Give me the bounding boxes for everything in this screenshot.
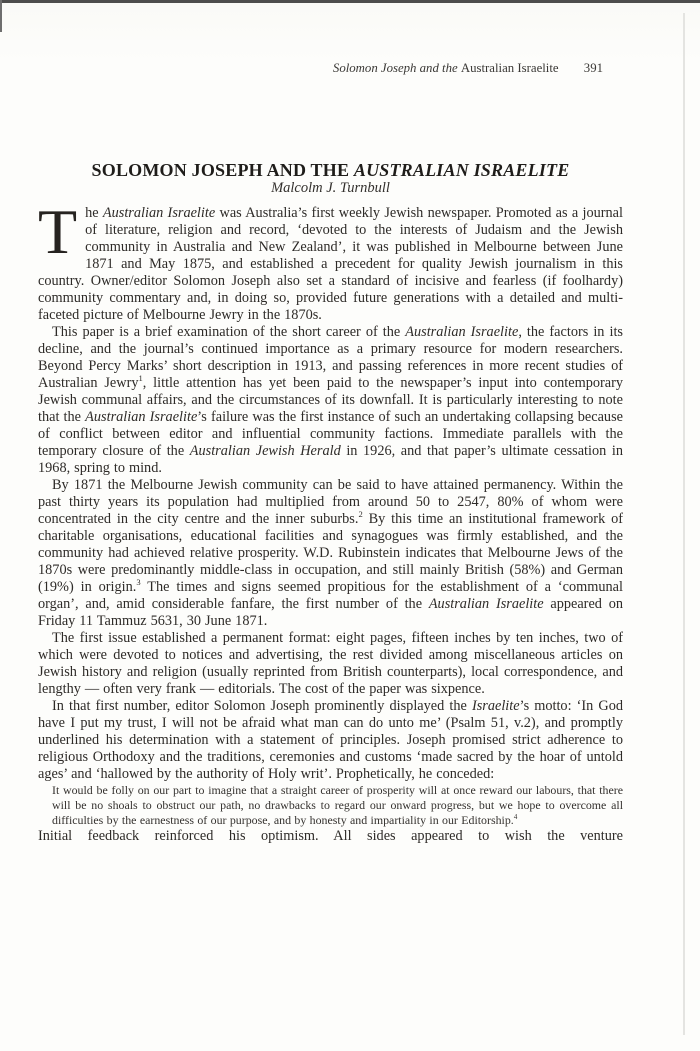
scan-corner-artifact (0, 0, 2, 32)
paragraph-5: In that first number, editor Solomon Jos… (38, 698, 623, 783)
article-title-roman: SOLOMON JOSEPH AND THE (92, 160, 354, 180)
paragraph-4: The first issue established a permanent … (38, 630, 623, 698)
running-head-roman: Australian Israelite (461, 61, 559, 75)
running-head: Solomon Joseph and the Australian Israel… (333, 61, 603, 76)
article-body: The Australian Israelite was Australia’s… (38, 205, 623, 845)
article-title-italic: AUSTRALIAN ISRAELITE (354, 160, 570, 180)
page-fold-shadow (683, 13, 685, 1035)
page-number: 391 (584, 61, 603, 75)
running-head-italic: Solomon Joseph and the (333, 61, 461, 75)
paragraph-3: By 1871 the Melbourne Jewish community c… (38, 477, 623, 630)
scan-top-edge (0, 0, 700, 3)
footnote-ref-4: 4 (514, 813, 518, 821)
article-author: Malcolm J. Turnbull (38, 180, 623, 197)
dropcap-letter: T (38, 207, 77, 257)
paragraph-6: It would be folly on our part to imagine… (38, 783, 623, 828)
scanned-page: { "colors": { "page_background": "#fdfdf… (0, 0, 700, 1051)
paragraph-1: The Australian Israelite was Australia’s… (38, 205, 623, 324)
paragraph-7: Initial feedback reinforced his optimism… (38, 828, 623, 845)
article-title: SOLOMON JOSEPH AND THE AUSTRALIAN ISRAEL… (38, 160, 623, 181)
paragraph-2: This paper is a brief examination of the… (38, 324, 623, 477)
